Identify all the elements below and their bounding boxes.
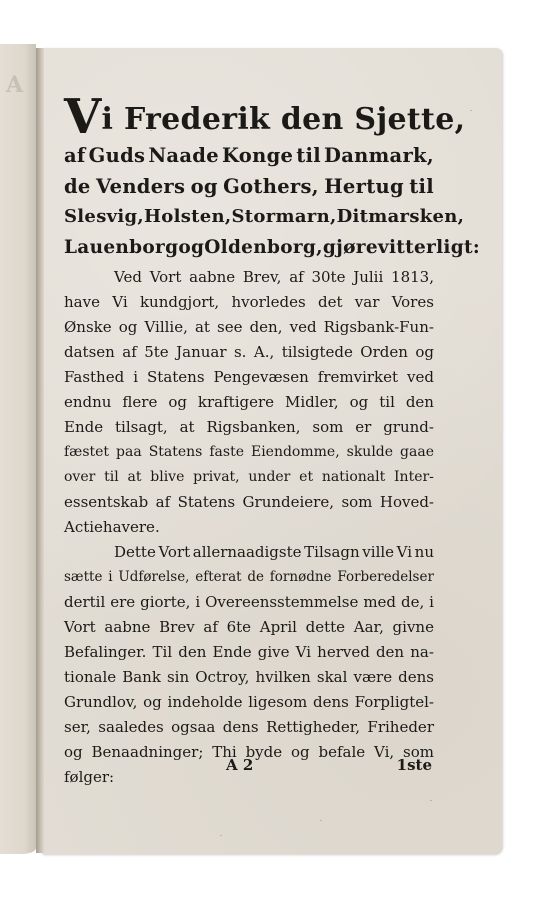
word: som — [341, 490, 372, 515]
word: aabne — [104, 615, 150, 640]
heading-line: afGudsNaadeKongetilDanmark, — [64, 141, 434, 172]
word: de — [64, 172, 91, 203]
word: af — [203, 615, 218, 640]
word: Bank — [122, 665, 161, 690]
word: 30te — [311, 265, 345, 290]
text-line: Grundlov,ogindeholdeligesomdensForpligte… — [64, 690, 434, 715]
paper-speck — [430, 800, 432, 801]
word: Statens — [178, 490, 236, 515]
word: Vores — [392, 290, 434, 315]
heading-line: deVendersogGothers,Hertugtil — [64, 172, 434, 203]
text-line: datsenaf5teJanuars.A.,tilsigtedeOrdenog — [64, 340, 434, 365]
word: Vi — [397, 540, 412, 565]
word: Rigsbank-Fun- — [324, 315, 434, 340]
word: til — [296, 141, 321, 172]
word: hvilken — [255, 665, 310, 690]
word: ved — [407, 365, 434, 390]
word: et — [299, 465, 313, 490]
word: Konge — [222, 141, 293, 172]
word: skal — [317, 665, 348, 690]
word: Eiendomme, — [251, 440, 340, 465]
catchword: 1ste — [397, 756, 432, 774]
word: og — [191, 172, 218, 203]
word: 1813, — [391, 265, 434, 290]
word: A., — [254, 340, 274, 365]
word: Venders — [96, 172, 185, 203]
word: datsen — [64, 340, 115, 365]
word: gaae — [400, 440, 434, 465]
heading-line: Slesvig,Holsten,Stormarn,Ditmarsken, — [64, 202, 434, 233]
text-line: sætteiUdførelse,efteratdefornødneForbere… — [64, 565, 434, 590]
word: af — [64, 141, 86, 172]
word: Overeensstemmelse — [205, 590, 358, 615]
word: til — [379, 390, 395, 415]
word: ville — [362, 540, 394, 565]
word: sin — [167, 665, 189, 690]
page-text-block: Vi Frederik den Sjette, afGudsNaadeKonge… — [64, 96, 434, 790]
show-through-glyph: A — [6, 72, 23, 98]
heading-line-1: Vi Frederik den Sjette, — [64, 96, 434, 141]
text-line: DetteVortallernaadigsteTilsagnvilleVinu — [64, 540, 434, 565]
word: de — [247, 565, 264, 590]
facing-page-edge: A — [0, 44, 36, 854]
word: med — [363, 590, 396, 615]
drop-initial: V — [64, 89, 102, 145]
word: Ved — [114, 265, 142, 290]
word: og — [119, 315, 138, 340]
word: sætte — [64, 565, 102, 590]
word: Dette — [114, 540, 156, 565]
word: fornødne — [270, 565, 332, 590]
word: de, — [401, 590, 424, 615]
word: af — [122, 340, 137, 365]
word: kundgjort, — [140, 290, 219, 315]
text-line: ser,saaledesogsaadensRettigheder,Frihede… — [64, 715, 434, 740]
word: er — [355, 415, 371, 440]
word: ved — [290, 315, 317, 340]
word: og — [350, 390, 369, 415]
word: paa — [116, 440, 142, 465]
word: dens — [223, 715, 259, 740]
word: Slesvig, — [64, 202, 144, 233]
text-line: tionaleBanksinOctroy,hvilkenskalværedens — [64, 665, 434, 690]
word: endnu — [64, 390, 111, 415]
word: blive — [150, 465, 184, 490]
word: Danmark, — [324, 141, 434, 172]
word: indeholde — [168, 690, 243, 715]
word: Orden — [360, 340, 408, 365]
word: Guds — [89, 141, 146, 172]
word: Fasthed — [64, 365, 124, 390]
word: Befalinger. — [64, 640, 146, 665]
word: den, — [250, 315, 283, 340]
word: Januar — [176, 340, 226, 365]
text-line: haveVikundgjort,hvorledesdetvarVores — [64, 290, 434, 315]
word: Inter- — [394, 465, 434, 490]
word: Brev — [159, 615, 195, 640]
word: Stormarn, — [232, 202, 337, 233]
word: Villie, — [144, 315, 187, 340]
word: dens — [313, 690, 349, 715]
word: tionale — [64, 665, 116, 690]
word: at — [180, 415, 195, 440]
word: Brev, — [243, 265, 282, 290]
word: Grundeiere, — [243, 490, 334, 515]
word: Statens — [147, 365, 205, 390]
word: under — [248, 465, 290, 490]
word: hvorledes — [232, 290, 306, 315]
word: være — [353, 665, 392, 690]
word: Pengevæsen — [214, 365, 309, 390]
word: Oldenborg, — [204, 233, 323, 264]
word: Hertug — [324, 172, 404, 203]
text-line: Actiehavere. — [64, 515, 434, 540]
text-line: FasthediStatensPengevæsenfremvirketved — [64, 365, 434, 390]
word: Vi — [112, 290, 127, 315]
word: have — [64, 290, 100, 315]
word: skulde — [347, 440, 393, 465]
text-line: endnuflereogkraftigereMidler,ogtilden — [64, 390, 434, 415]
word: fremvirket — [318, 365, 398, 390]
word: faste — [209, 440, 244, 465]
word: dette — [306, 615, 345, 640]
word: Vort — [150, 265, 182, 290]
word: efterat — [195, 565, 241, 590]
word: grund- — [383, 415, 434, 440]
word: Udførelse, — [118, 565, 189, 590]
paragraph-2: DetteVortallernaadigsteTilsagnvilleVinu … — [64, 540, 434, 790]
text-line: Befalinger.TildenEndegiveViherveddenna- — [64, 640, 434, 665]
word: flere — [122, 390, 157, 415]
paper-speck — [470, 110, 472, 111]
word: Rettigheder, — [266, 715, 360, 740]
word: Midler, — [285, 390, 339, 415]
word: Naade — [148, 141, 219, 172]
word: Til — [153, 640, 173, 665]
word: fæstet — [64, 440, 109, 465]
text-line: VedVortaabneBrev,af30teJulii1813, — [64, 265, 434, 290]
word: gjøre — [323, 233, 378, 264]
word: nationalt — [322, 465, 385, 490]
paragraph-1: VedVortaabneBrev,af30teJulii1813, haveVi… — [64, 265, 434, 540]
text-line: Endetilsagt,atRigsbanken,somergrund- — [64, 415, 434, 440]
word: i — [429, 590, 434, 615]
paper-speck — [220, 835, 222, 836]
word: at — [127, 465, 141, 490]
word: i — [133, 365, 138, 390]
paper-speck — [150, 130, 152, 131]
word: Forberedelser — [337, 565, 434, 590]
word: tilsigtede — [282, 340, 353, 365]
word: vitterligt: — [378, 233, 480, 264]
word: Grundlov, — [64, 690, 137, 715]
word: giorte, — [140, 590, 190, 615]
word: privat, — [193, 465, 239, 490]
word: Ende — [213, 640, 252, 665]
heading-line: LauenborgogOldenborg,gjørevitterligt: — [64, 233, 434, 264]
word: Gothers, — [223, 172, 319, 203]
word: aabne — [189, 265, 235, 290]
word: den — [376, 640, 404, 665]
word: givne — [393, 615, 434, 640]
word: see — [217, 315, 242, 340]
word: Julii — [353, 265, 383, 290]
word: 5te — [144, 340, 168, 365]
word: og — [168, 390, 187, 415]
word: og — [143, 690, 162, 715]
word: Ditmarsken, — [337, 202, 465, 233]
word: at — [195, 315, 210, 340]
word: na- — [410, 640, 434, 665]
word: til — [104, 465, 119, 490]
heading-title: i Frederik den Sjette, — [102, 102, 466, 137]
word: som — [312, 415, 343, 440]
word: Vort — [158, 540, 190, 565]
word: ligesom — [248, 690, 307, 715]
word: Aar, — [354, 615, 384, 640]
word: ogsaa — [171, 715, 215, 740]
word: Tilsagn — [304, 540, 360, 565]
word: Hoved- — [380, 490, 434, 515]
word: i — [195, 590, 200, 615]
word: allernaadigste — [193, 540, 302, 565]
word: over — [64, 465, 95, 490]
paper-speck — [320, 820, 322, 821]
word: saaledes — [98, 715, 163, 740]
word: og — [415, 340, 434, 365]
word: herved — [317, 640, 370, 665]
word: Rigsbanken, — [206, 415, 300, 440]
text-line: overtilatbliveprivat,underetnationaltInt… — [64, 465, 434, 490]
word: Ende — [64, 415, 103, 440]
word: den — [178, 640, 206, 665]
word: kraftigere — [198, 390, 274, 415]
word: den — [406, 390, 434, 415]
word: Statens — [149, 440, 203, 465]
word: essentskab — [64, 490, 148, 515]
word: tilsagt, — [115, 415, 168, 440]
word: 6te — [227, 615, 251, 640]
word: Vi — [296, 640, 311, 665]
page-footer: A 2 1ste — [64, 756, 432, 780]
word: og — [178, 233, 204, 264]
word: s. — [234, 340, 246, 365]
text-line: essentskabafStatensGrundeiere,somHoved- — [64, 490, 434, 515]
word: af — [289, 265, 304, 290]
word: Octroy, — [195, 665, 249, 690]
word: var — [355, 290, 380, 315]
word: det — [318, 290, 343, 315]
word: ere — [110, 590, 135, 615]
word: i — [108, 565, 112, 590]
signature-mark: A 2 — [226, 756, 253, 774]
word: Lauenborg — [64, 233, 178, 264]
word: give — [258, 640, 290, 665]
word: Ønske — [64, 315, 112, 340]
text-line: fæstetpaaStatensfasteEiendomme,skuldegaa… — [64, 440, 434, 465]
page-gutter-shadow — [36, 48, 44, 853]
word: Holsten, — [144, 202, 232, 233]
word: Friheder — [367, 715, 434, 740]
text-line: VortaabneBrevaf6teAprildetteAar,givne — [64, 615, 434, 640]
word: dens — [398, 665, 434, 690]
word: til — [409, 172, 434, 203]
word: ser, — [64, 715, 91, 740]
word: dertil — [64, 590, 105, 615]
word: Forpligtel- — [355, 690, 434, 715]
text-line: ØnskeogVillie,atseeden,vedRigsbank-Fun- — [64, 315, 434, 340]
word: April — [260, 615, 297, 640]
word: nu — [415, 540, 434, 565]
word: Vort — [64, 615, 96, 640]
text-line: dertileregiorte,iOvereensstemmelsemedde,… — [64, 590, 434, 615]
word: af — [156, 490, 171, 515]
